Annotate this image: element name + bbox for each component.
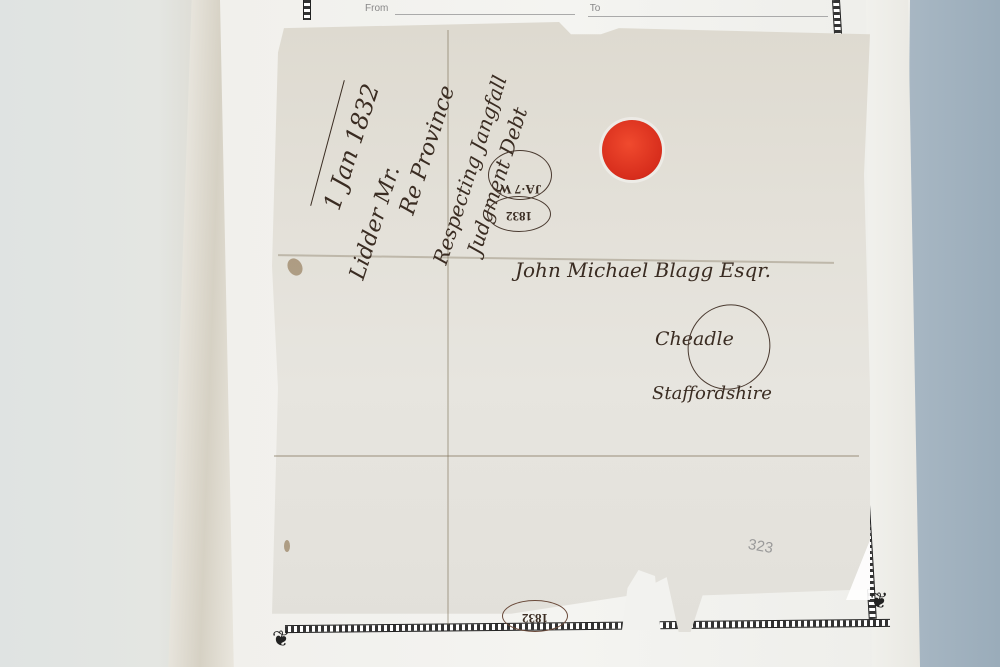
address-county: Staffordshire [652,383,772,404]
decorative-border-left [303,0,311,20]
mount-corner-glint [846,540,870,600]
from-to-header: From To [365,3,600,14]
postmark-stamp: 1832 [502,600,568,632]
from-label: From [365,3,388,14]
to-line [588,16,828,17]
corner-ornament-icon: ❦ [272,628,290,650]
postmark-stamp: 1832 [487,196,551,232]
fold-line [274,455,859,457]
from-line [395,14,575,15]
corner-ornament-icon: ❦ [870,590,888,612]
addressee-name: John Michael Blagg Esqr. [515,258,771,282]
postmark-stamp: JA·7 W [488,150,552,200]
wax-seal-icon [602,120,662,180]
ink-stain [284,540,290,552]
to-label: To [590,3,601,14]
